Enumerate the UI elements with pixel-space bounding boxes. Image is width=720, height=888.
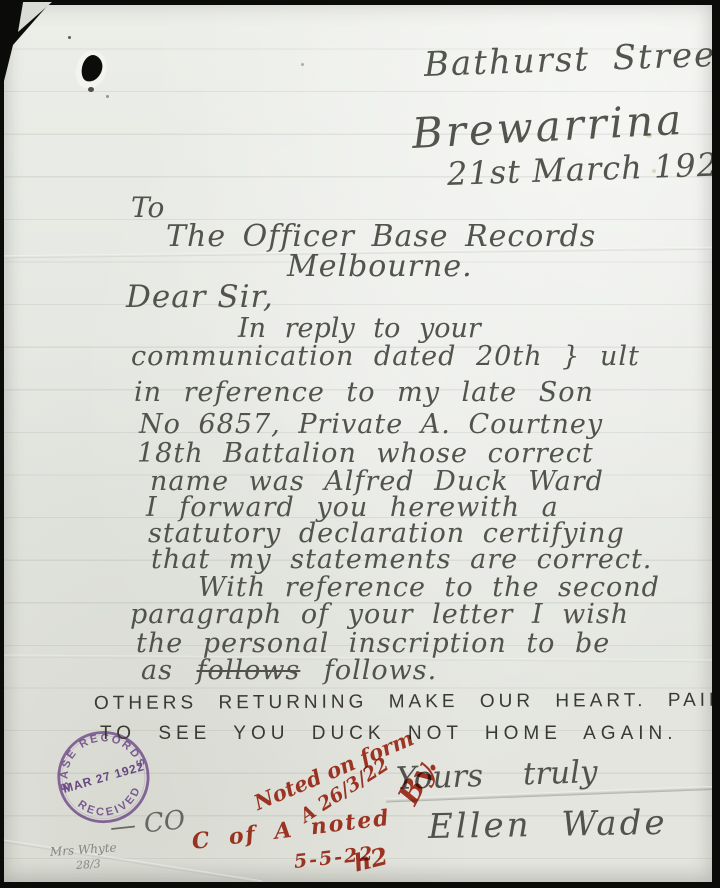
body-word: follows. bbox=[324, 655, 437, 686]
body-line: in reference to my late Son bbox=[134, 377, 594, 408]
body-line: No 6857, Private A. Courtney bbox=[139, 409, 603, 440]
strikethrough-word: follows bbox=[197, 655, 301, 686]
scan-background: BASE RECORDS MAR 27 1922 RECEIVED Bathur… bbox=[0, 0, 720, 888]
pencil-ref-note: 28/3 bbox=[76, 857, 102, 872]
address-line: Bathurst Street bbox=[423, 34, 720, 85]
salutation-line: Dear Sir, bbox=[126, 279, 274, 315]
body-line: communication dated 20th } ult bbox=[131, 341, 640, 372]
body-line: 18th Battalion whose correct bbox=[137, 438, 594, 469]
letter-paper: BASE RECORDS MAR 27 1922 RECEIVED Bathur… bbox=[4, 5, 712, 882]
body-line: paragraph of your letter I wish bbox=[130, 599, 629, 630]
recipient-city-line: Melbourne. bbox=[287, 249, 473, 284]
inscription-line-1: OTHERS RETURNING MAKE OUR HEART. PAIN bbox=[94, 690, 720, 715]
body-line: that my statements are correct. bbox=[151, 544, 652, 575]
pencil-scrawl: — CO bbox=[108, 805, 186, 843]
signature-line: Ellen Wade bbox=[428, 803, 668, 847]
body-line: In reply to your bbox=[238, 313, 481, 344]
paper-speck bbox=[68, 36, 71, 39]
pencil-name-note: Mrs Whyte bbox=[50, 840, 118, 859]
paper-speck bbox=[301, 63, 304, 66]
torn-hole-small bbox=[88, 87, 94, 92]
recipient-to-line: To bbox=[131, 191, 164, 224]
body-word: as bbox=[141, 655, 173, 686]
body-line-with-strikethrough: as follows follows. bbox=[141, 655, 437, 686]
paper-speck bbox=[106, 95, 109, 98]
